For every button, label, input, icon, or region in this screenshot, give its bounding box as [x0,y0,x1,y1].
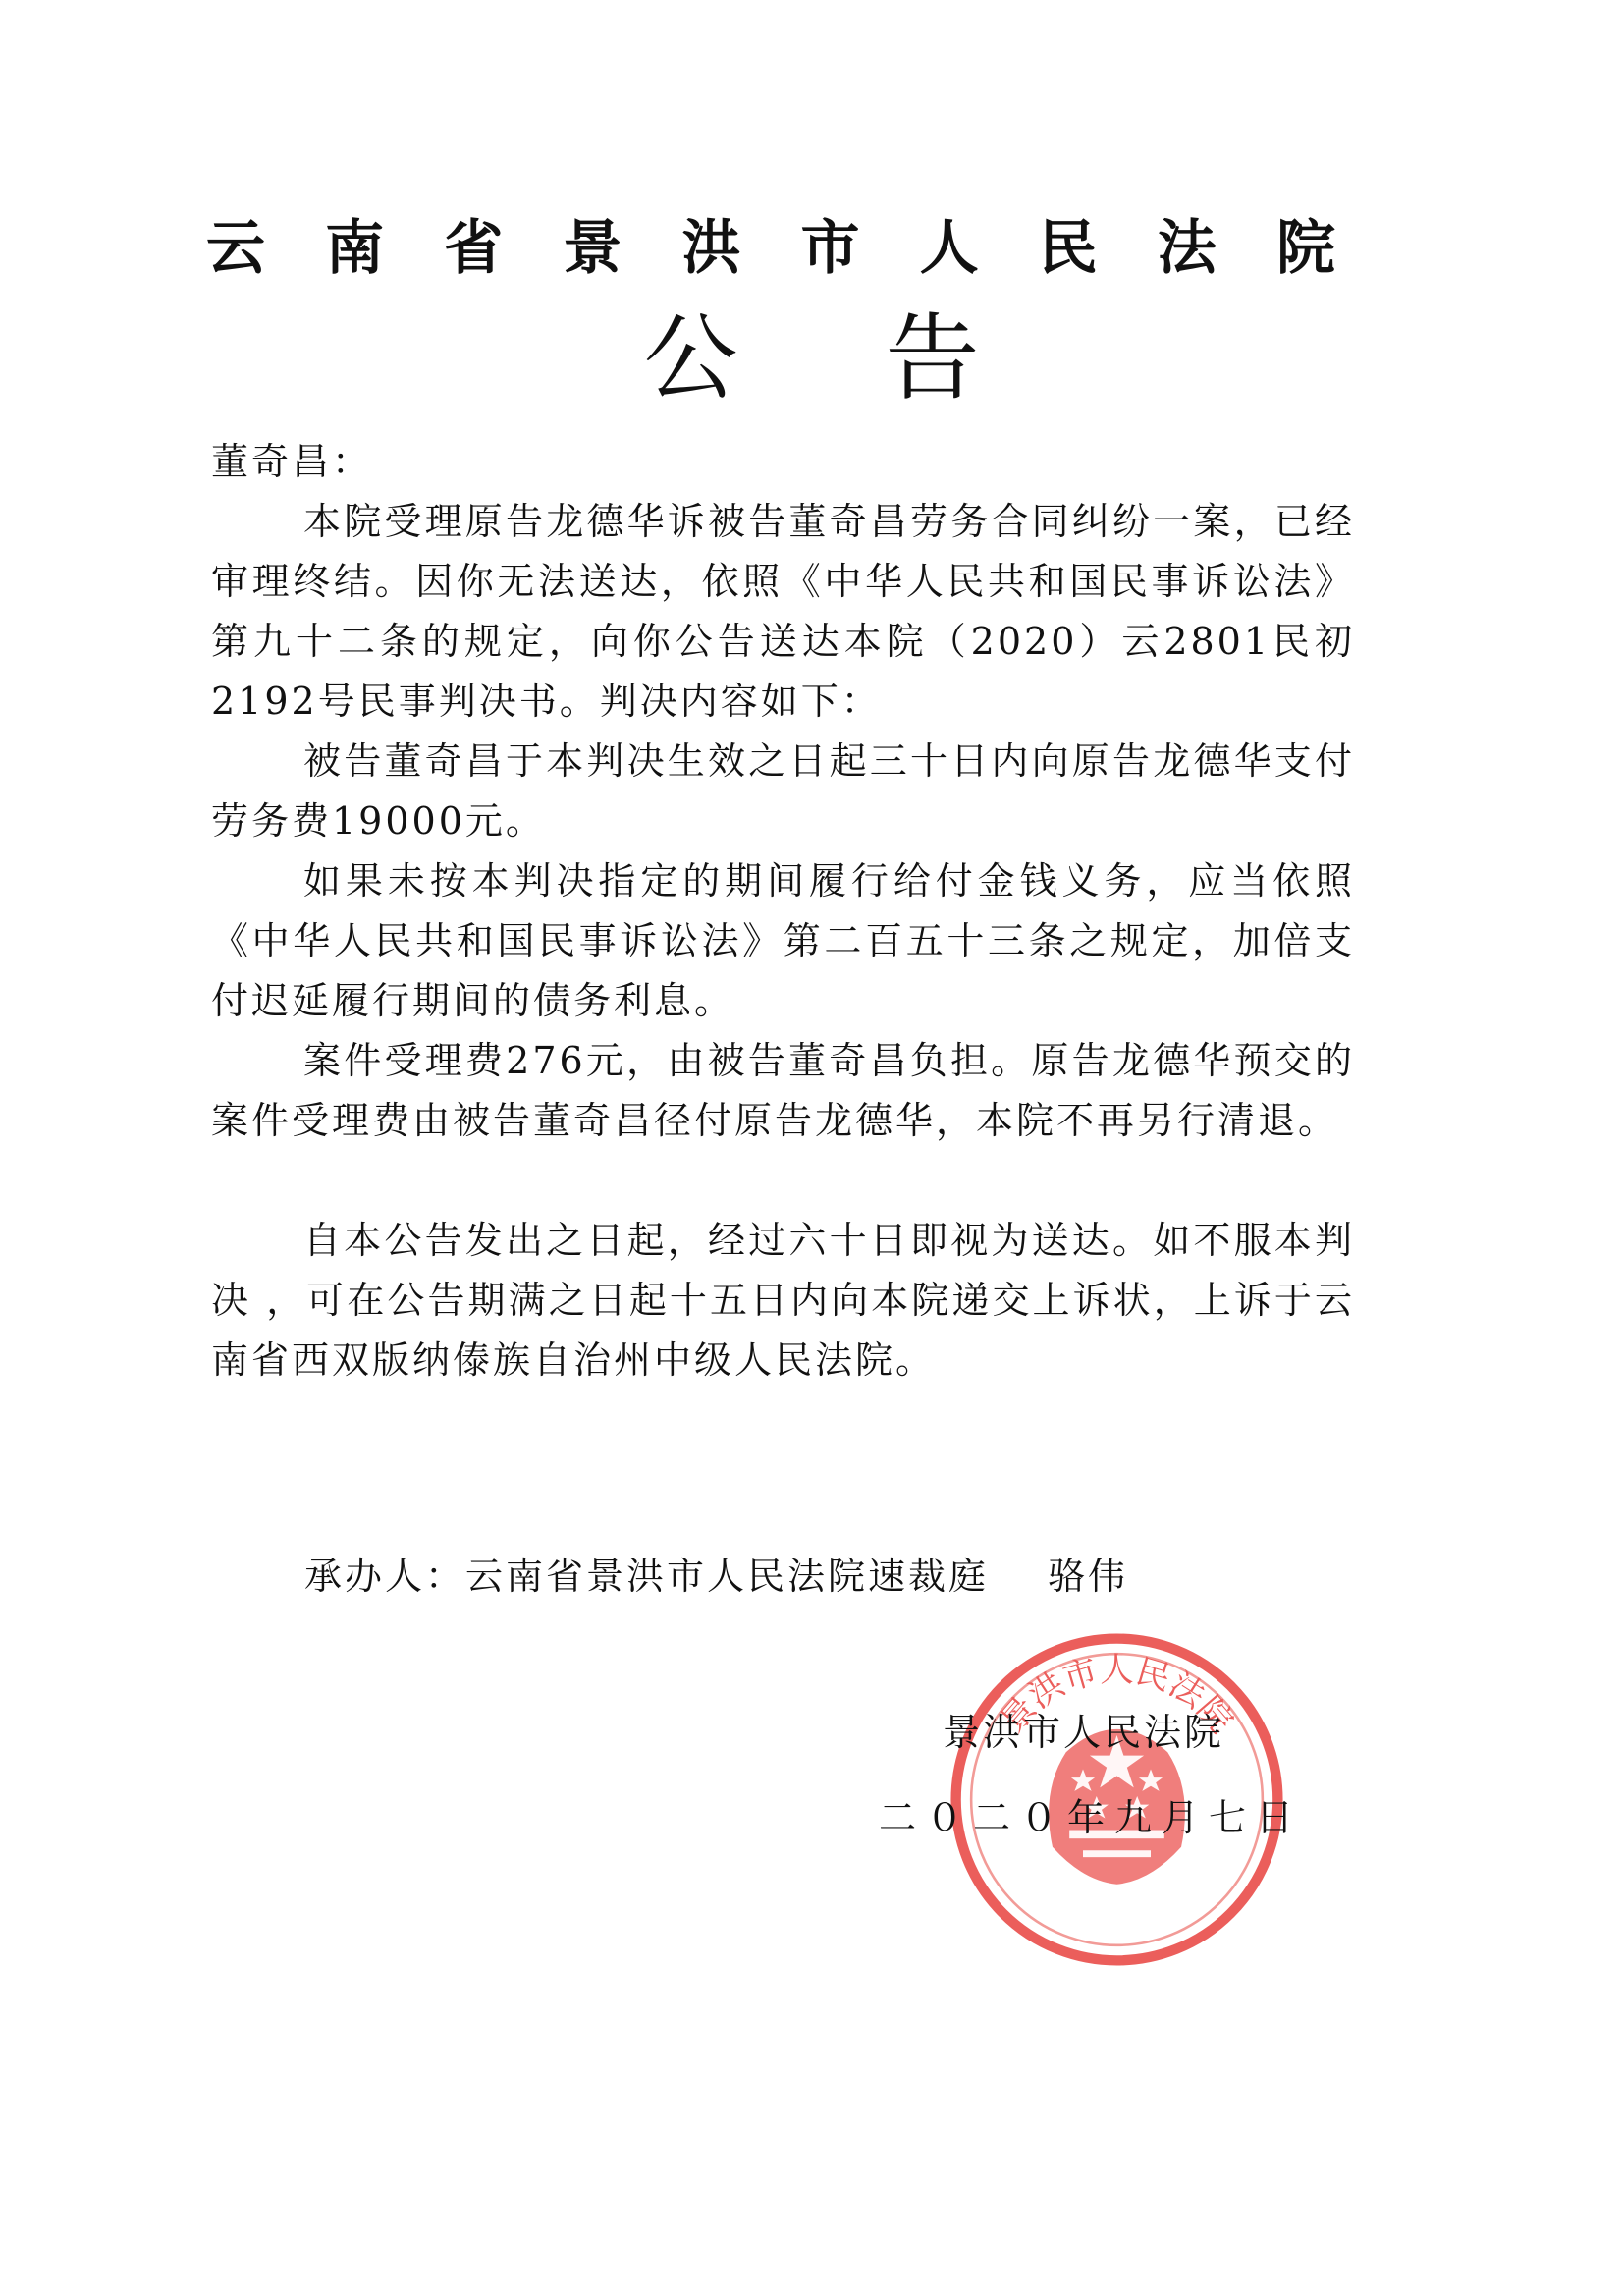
notice-title-char: 公 [644,304,738,412]
paragraph-late-interest: 如果未按本判决指定的期间履行给付金钱义务，应当依照《中华人民共和国民事诉讼法》第… [211,851,1355,1031]
handler-name: 骆伟 [1048,1555,1128,1598]
addressee: 董奇昌： [211,432,1355,492]
paragraph-fees: 案件受理费276元，由被告董奇昌负担。原告龙德华预交的案件受理费由被告董奇昌径付… [211,1031,1355,1151]
court-name-char: 云 [206,214,265,283]
notice-title-char: 告 [886,304,980,412]
court-name-char: 景 [563,214,622,283]
court-name-char: 人 [920,214,979,283]
court-name-char: 院 [1276,214,1335,283]
signature-court: 景洪市人民法院 [943,1702,1224,1756]
signature-date: 二０二０年九月七日 [879,1787,1303,1841]
notice-body: 董奇昌： 本院受理原告龙德华诉被告董奇昌劳务合同纠纷一案，已经审理终结。因你无法… [211,432,1355,1391]
handler-label: 承办人：云南省景洪市人民法院速裁庭 [304,1555,989,1598]
spacer [211,1151,1355,1211]
court-name-char: 市 [801,214,860,283]
court-name-char: 南 [325,214,384,283]
court-notice-page: 云 南 省 景 洪 市 人 民 法 院 公告 董奇昌： 本院受理原告龙德华诉被告… [0,0,1623,2296]
court-name-char: 省 [444,214,503,283]
case-handler: 承办人：云南省景洪市人民法院速裁庭骆伟 [304,1547,1128,1607]
court-name-char: 民 [1039,214,1098,283]
paragraph-judgment: 被告董奇昌于本判决生效之日起三十日内向原告龙德华支付劳务费19000元。 [211,732,1355,851]
paragraph-case-summary: 本院受理原告龙德华诉被告董奇昌劳务合同纠纷一案，已经审理终结。因你无法送达，依照… [211,492,1355,732]
notice-title: 公告 [0,304,1623,412]
court-name-char: 法 [1158,214,1217,283]
court-name-char: 洪 [681,214,740,283]
court-name-heading: 云 南 省 景 洪 市 人 民 法 院 [206,214,1335,283]
paragraph-appeal: 自本公告发出之日起，经过六十日即视为送达。如不服本判决 ，可在公告期满之日起十五… [211,1211,1355,1391]
